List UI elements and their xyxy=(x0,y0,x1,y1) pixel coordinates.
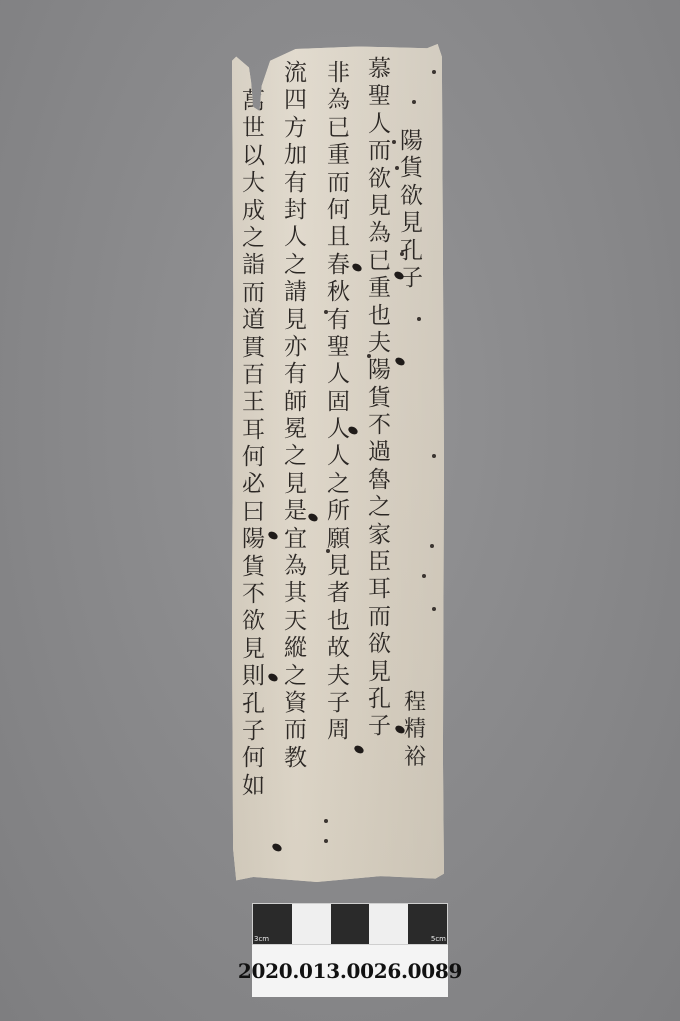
manuscript-character: 孔 xyxy=(242,693,265,720)
manuscript-character: 世 xyxy=(242,117,265,144)
manuscript-character: 也 xyxy=(368,305,391,332)
manuscript-character: 百 xyxy=(242,364,265,391)
punctuation-dot xyxy=(422,574,426,578)
punctuation-dot xyxy=(400,252,404,256)
manuscript-character: 如 xyxy=(242,775,265,802)
manuscript-character: 欲 xyxy=(368,168,391,195)
manuscript-character: 為 xyxy=(284,555,307,582)
manuscript-character: 春 xyxy=(327,254,350,281)
manuscript-character: 加 xyxy=(284,144,307,171)
scale-block-light xyxy=(292,904,331,944)
author-column: 程精裕 xyxy=(404,692,426,774)
manuscript-character: 流 xyxy=(284,62,307,89)
scale-block-dark xyxy=(331,904,370,944)
manuscript-paper: 陽貨欲見孔子 慕聖人而欲見為已重也夫陽貨不過魯之家臣耳而欲見孔子 非為已重而何且… xyxy=(232,44,444,882)
manuscript-character: 封 xyxy=(284,199,307,226)
manuscript-character: 不 xyxy=(242,583,265,610)
manuscript-character: 過 xyxy=(368,441,391,468)
manuscript-character: 慕 xyxy=(368,58,391,85)
accession-number-label: 2020.013.0026.0089 xyxy=(252,945,448,997)
punctuation-dot xyxy=(324,819,328,823)
manuscript-character: 何 xyxy=(327,199,350,226)
manuscript-character: 聖 xyxy=(368,85,391,112)
punctuation-dot xyxy=(432,70,436,74)
scale-label-left: 3cm xyxy=(254,935,269,943)
punctuation-dot xyxy=(430,544,434,548)
manuscript-character: 陽 xyxy=(400,130,423,157)
punctuation-dot xyxy=(392,140,396,144)
manuscript-character: 故 xyxy=(327,637,350,664)
manuscript-character: 是 xyxy=(284,500,307,527)
manuscript-character: 王 xyxy=(242,391,265,418)
title-column: 陽貨欲見孔子 xyxy=(400,130,423,294)
manuscript-character: 道 xyxy=(242,309,265,336)
ink-blot xyxy=(307,512,319,523)
manuscript-character: 魯 xyxy=(368,469,391,496)
manuscript-character: 夫 xyxy=(327,665,350,692)
manuscript-character: 曰 xyxy=(242,501,265,528)
manuscript-character: 人 xyxy=(368,113,391,140)
manuscript-character: 精 xyxy=(404,719,426,746)
manuscript-character: 且 xyxy=(327,226,350,253)
manuscript-character: 見 xyxy=(327,555,350,582)
manuscript-character: 大 xyxy=(242,172,265,199)
scale-block-dark: 5cm xyxy=(408,904,447,944)
manuscript-character: 固 xyxy=(327,391,350,418)
manuscript-character: 見 xyxy=(368,195,391,222)
manuscript-character: 資 xyxy=(284,692,307,719)
manuscript-character: 非 xyxy=(327,62,350,89)
punctuation-dot xyxy=(324,839,328,843)
manuscript-character: 子 xyxy=(327,692,350,719)
text-column-2: 慕聖人而欲見為已重也夫陽貨不過魯之家臣耳而欲見孔子 xyxy=(368,58,391,743)
punctuation-dot xyxy=(432,607,436,611)
manuscript-character: 夫 xyxy=(368,332,391,359)
manuscript-character: 所 xyxy=(327,500,350,527)
manuscript-character: 不 xyxy=(368,414,391,441)
manuscript-character: 子 xyxy=(368,715,391,742)
manuscript-character: 貫 xyxy=(242,337,265,364)
manuscript-character: 詣 xyxy=(242,254,265,281)
manuscript-character: 而 xyxy=(368,140,391,167)
manuscript-character: 成 xyxy=(242,200,265,227)
ink-blot xyxy=(271,842,283,853)
manuscript-character: 為 xyxy=(327,89,350,116)
manuscript-character: 人 xyxy=(327,363,350,390)
manuscript-character: 欲 xyxy=(242,610,265,637)
manuscript-character: 則 xyxy=(242,665,265,692)
manuscript-character: 萬 xyxy=(242,90,265,117)
text-column-3: 非為已重而何且春秋有聖人固人人之所願見者也故夫子周 xyxy=(327,62,350,747)
manuscript-character: 也 xyxy=(327,610,350,637)
manuscript-character: 四 xyxy=(284,89,307,116)
manuscript-character: 有 xyxy=(284,363,307,390)
manuscript-character: 天 xyxy=(284,610,307,637)
manuscript-character: 亦 xyxy=(284,336,307,363)
manuscript-character: 家 xyxy=(368,524,391,551)
manuscript-character: 臣 xyxy=(368,551,391,578)
manuscript-character: 願 xyxy=(327,528,350,555)
manuscript-character: 貨 xyxy=(368,387,391,414)
text-column-4: 流四方加有封人之請見亦有師冕之見是宜為其天縱之資而教 xyxy=(284,62,307,774)
manuscript-character: 之 xyxy=(368,496,391,523)
manuscript-character: 而 xyxy=(284,719,307,746)
manuscript-character: 而 xyxy=(327,172,350,199)
manuscript-character: 見 xyxy=(284,309,307,336)
manuscript-character: 裕 xyxy=(404,747,426,774)
manuscript-character: 耳 xyxy=(242,419,265,446)
manuscript-character: 方 xyxy=(284,117,307,144)
manuscript-character: 貨 xyxy=(400,157,423,184)
manuscript-character: 其 xyxy=(284,582,307,609)
manuscript-character: 而 xyxy=(368,606,391,633)
punctuation-dot xyxy=(432,454,436,458)
manuscript-character: 程 xyxy=(404,692,426,719)
manuscript-character: 之 xyxy=(284,665,307,692)
ink-blot xyxy=(351,262,363,273)
manuscript-character: 人 xyxy=(284,226,307,253)
ink-blot xyxy=(394,356,406,367)
manuscript-character: 有 xyxy=(327,309,350,336)
scale-bar: 3cm 5cm xyxy=(252,903,448,945)
manuscript-character: 陽 xyxy=(368,359,391,386)
manuscript-character: 教 xyxy=(284,747,307,774)
manuscript-character: 何 xyxy=(242,747,265,774)
manuscript-character: 周 xyxy=(327,719,350,746)
manuscript-character: 見 xyxy=(368,661,391,688)
manuscript-character: 見 xyxy=(400,212,423,239)
punctuation-dot xyxy=(326,549,330,553)
ink-blot xyxy=(267,672,279,683)
manuscript-character: 人 xyxy=(327,418,350,445)
manuscript-character: 請 xyxy=(284,281,307,308)
manuscript-character: 孔 xyxy=(368,688,391,715)
manuscript-character: 縱 xyxy=(284,637,307,664)
text-column-5: 萬世以大成之詣而道貫百王耳何必曰陽貨不欲見則孔子何如 xyxy=(242,90,265,802)
manuscript-character: 耳 xyxy=(368,578,391,605)
manuscript-character: 之 xyxy=(327,473,350,500)
ink-blot xyxy=(267,530,279,541)
manuscript-character: 重 xyxy=(327,144,350,171)
manuscript-character: 有 xyxy=(284,172,307,199)
manuscript-character: 冕 xyxy=(284,418,307,445)
scale-label-right: 5cm xyxy=(431,935,446,943)
manuscript-character: 師 xyxy=(284,391,307,418)
manuscript-character: 已 xyxy=(368,250,391,277)
manuscript-character: 何 xyxy=(242,446,265,473)
manuscript-character: 之 xyxy=(284,254,307,281)
punctuation-dot xyxy=(417,317,421,321)
manuscript-character: 秋 xyxy=(327,281,350,308)
manuscript-character: 子 xyxy=(242,720,265,747)
punctuation-dot xyxy=(395,166,399,170)
manuscript-character: 為 xyxy=(368,222,391,249)
manuscript-character: 而 xyxy=(242,282,265,309)
manuscript-character: 欲 xyxy=(368,633,391,660)
scale-block-light xyxy=(369,904,408,944)
manuscript-character: 之 xyxy=(284,445,307,472)
manuscript-character: 人 xyxy=(327,445,350,472)
punctuation-dot xyxy=(412,100,416,104)
manuscript-character: 貨 xyxy=(242,556,265,583)
scale-block-dark: 3cm xyxy=(253,904,292,944)
ink-blot xyxy=(353,744,365,755)
manuscript-character: 之 xyxy=(242,227,265,254)
manuscript-character: 見 xyxy=(284,473,307,500)
manuscript-character: 以 xyxy=(242,145,265,172)
punctuation-dot xyxy=(324,310,328,314)
manuscript-character: 子 xyxy=(400,267,423,294)
punctuation-dot xyxy=(367,354,371,358)
manuscript-character: 者 xyxy=(327,582,350,609)
manuscript-character: 宜 xyxy=(284,528,307,555)
manuscript-character: 欲 xyxy=(400,185,423,212)
manuscript-character: 已 xyxy=(327,117,350,144)
manuscript-character: 聖 xyxy=(327,336,350,363)
manuscript-character: 必 xyxy=(242,473,265,500)
manuscript-character: 陽 xyxy=(242,528,265,555)
manuscript-character: 見 xyxy=(242,638,265,665)
manuscript-character: 重 xyxy=(368,277,391,304)
